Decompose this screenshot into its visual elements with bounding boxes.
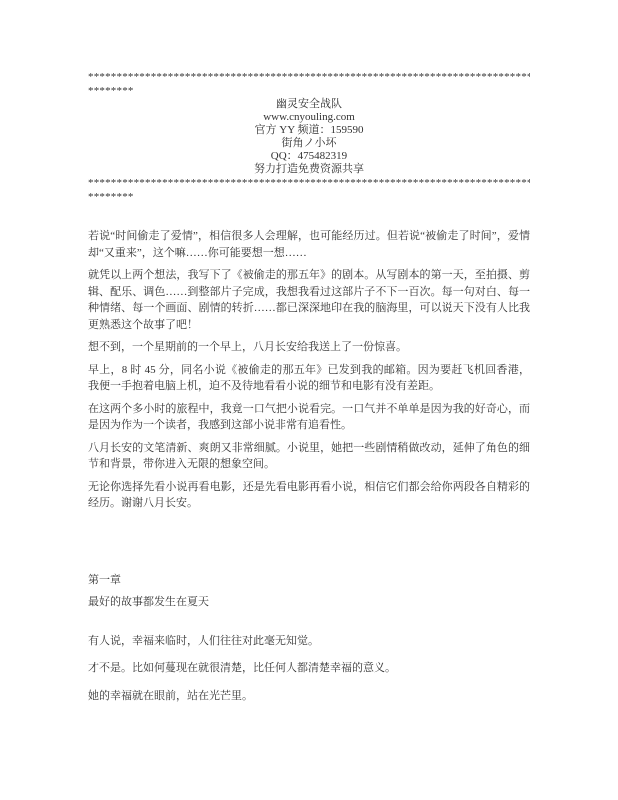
preface-paragraph: 八月长安的文笔清新、爽朗又非常细腻。小说里，她把一些剧情稍做改动，延伸了角色的细…	[88, 440, 530, 473]
separator-bottom: ****************************************…	[88, 176, 530, 204]
preface-text: 若说“时间偷走了爱情”，相信很多人会理解，也可能经历过。但若说“被偷走了时间”，…	[88, 228, 530, 512]
chapter-paragraph: 有人说，幸福来临时，人们往往对此毫无知觉。	[88, 633, 530, 650]
preface-paragraph: 就凭以上两个想法，我写下了《被偷走的那五年》的剧本。从写剧本的第一天，至拍摄、剪…	[88, 267, 530, 333]
document-page: ****************************************…	[0, 0, 618, 800]
separator-line: ****************************************…	[88, 70, 530, 84]
separator-line: ****************************************…	[88, 176, 530, 190]
separator-tail: ********	[88, 84, 530, 98]
preface-paragraph: 想不到，一个星期前的一个早上，八月长安给我送上了一份惊喜。	[88, 339, 530, 356]
chapter-gap	[88, 617, 530, 633]
document-header: 幽灵安全战队 www.cnyouling.com 官方 YY 频道：159590…	[88, 98, 530, 176]
team-name: 幽灵安全战队	[88, 98, 530, 111]
chapter-subtitle: 最好的故事都发生在夏天	[88, 594, 530, 611]
chapter-paragraph: 她的幸福就在眼前，站在光芒里。	[88, 688, 530, 705]
qq-number: QQ：475482319	[88, 150, 530, 163]
preface-paragraph: 无论你选择先看小说再看电影，还是先看电影再看小说，相信它们都会给你两段各自精彩的…	[88, 479, 530, 512]
author-alias: 街角ノ小坏	[88, 137, 530, 150]
separator-tail: ********	[88, 190, 530, 204]
chapter-section: 第一章 最好的故事都发生在夏天 有人说，幸福来临时，人们往往对此毫无知觉。 才不…	[88, 572, 530, 705]
preface-paragraph: 在这两个多小时的旅程中，我竟一口气把小说看完。一口气并不单单是因为我的好奇心，而…	[88, 401, 530, 434]
preface-paragraph: 早上，8 时 45 分，同名小说《被偷走的那五年》已发到我的邮箱。因为要赶飞机回…	[88, 362, 530, 395]
chapter-paragraph: 才不是。比如何蔓现在就很清楚，比任何人都清楚幸福的意义。	[88, 660, 530, 677]
separator-top: ****************************************…	[88, 70, 530, 98]
website-text: www.cnyouling.com	[88, 111, 530, 124]
slogan: 努力打造免费资源共享	[88, 163, 530, 176]
yy-channel: 官方 YY 频道：159590	[88, 124, 530, 137]
chapter-title: 第一章	[88, 572, 530, 589]
preface-paragraph: 若说“时间偷走了爱情”，相信很多人会理解，也可能经历过。但若说“被偷走了时间”，…	[88, 228, 530, 261]
section-gap	[88, 518, 530, 572]
